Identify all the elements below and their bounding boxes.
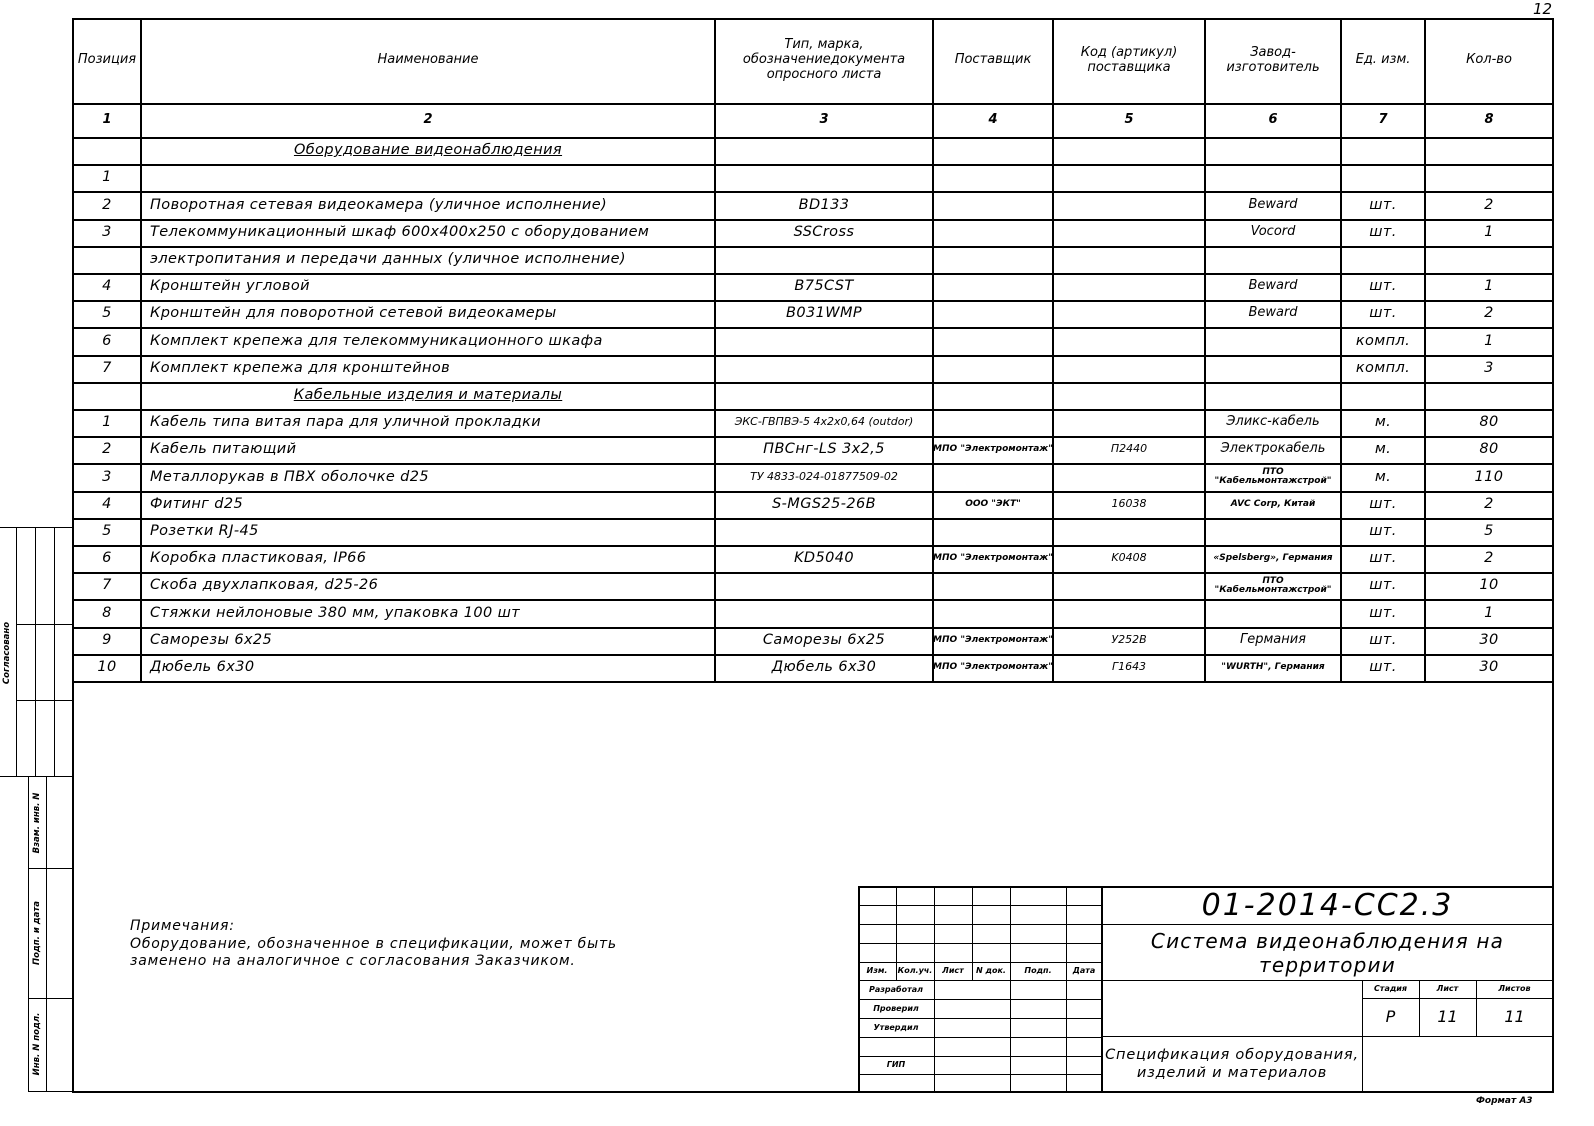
table-cell-pos: 3	[73, 463, 141, 490]
table-cell-code: П2440	[1053, 436, 1205, 463]
table-cell-maker: Vocord	[1205, 219, 1341, 246]
document-designation: 01-2014-СС2.3	[1102, 886, 1553, 924]
column-number: 2	[141, 103, 715, 137]
revision-header: Лист	[934, 962, 972, 980]
stamp-line	[28, 1091, 73, 1092]
column-number: 4	[933, 103, 1053, 137]
revision-header: Кол.уч.	[896, 962, 934, 980]
document-title: Система видеонаблюдения на территории	[1102, 925, 1553, 980]
table-cell-type: ЭКС-ГВПВЭ-5 4х2х0,64 (outdor)	[715, 409, 933, 436]
stamp-sign-date-label: Подп. и дата	[29, 888, 45, 978]
section-heading: Оборудование видеонаблюдения	[141, 137, 715, 164]
column-number: 1	[73, 103, 141, 137]
tb-line	[1066, 980, 1067, 1092]
table-cell-unit: шт.	[1341, 545, 1425, 572]
sheet-name: Спецификация оборудования, изделий и мат…	[1102, 1037, 1362, 1091]
table-cell-unit: шт.	[1341, 191, 1425, 218]
table-cell-name: Коробка пластиковая, IP66	[141, 545, 715, 572]
table-cell-qty: 2	[1425, 191, 1553, 218]
table-cell-name: электропитания и передачи данных (улично…	[141, 246, 715, 273]
section-heading: Кабельные изделия и материалы	[141, 382, 715, 409]
role-label: Утвердил	[858, 1018, 934, 1037]
table-cell-unit: м.	[1341, 409, 1425, 436]
table-cell-maker: Эликс-кабель	[1205, 409, 1341, 436]
table-cell-qty: 30	[1425, 654, 1553, 681]
revision-header: Изм.	[858, 962, 896, 980]
table-cell-unit: шт.	[1341, 273, 1425, 300]
notes: Примечания: Оборудование, обозначенное в…	[130, 918, 617, 971]
table-cell-name: Поворотная сетевая видеокамера (уличное …	[141, 191, 715, 218]
column-header: Кол-во	[1425, 18, 1553, 103]
stamp-line	[16, 527, 17, 777]
table-cell-name: Кабель питающий	[141, 436, 715, 463]
sheet-name-line-2: изделий и материалов	[1137, 1064, 1327, 1082]
table-cell-maker: AVC Corp, Китай	[1205, 491, 1341, 518]
table-cell-name: Телекоммуникационный шкаф 600х400х250 с …	[141, 219, 715, 246]
stamp-line	[0, 527, 73, 528]
notes-title: Примечания:	[130, 918, 617, 936]
stamp-agreed-label: Согласовано	[0, 603, 15, 703]
format-label: Формат А3	[1476, 1096, 1533, 1106]
table-cell-type: ТУ 4833-024-01877509-02	[715, 463, 933, 490]
table-cell-qty: 5	[1425, 518, 1553, 545]
table-cell-supplier: ООО "ЭКТ"	[933, 491, 1053, 518]
column-header: Ед. изм.	[1341, 18, 1425, 103]
row-divider	[73, 164, 1554, 166]
table-cell-qty: 1	[1425, 599, 1553, 626]
table-cell-pos: 5	[73, 300, 141, 327]
table-cell-code: Г1643	[1053, 654, 1205, 681]
column-number: 7	[1341, 103, 1425, 137]
table-cell-unit: компл.	[1341, 355, 1425, 382]
table-cell-type: Саморезы 6х25	[715, 627, 933, 654]
table-cell-pos: 6	[73, 545, 141, 572]
table-cell-qty: 1	[1425, 273, 1553, 300]
table-cell-qty: 30	[1425, 627, 1553, 654]
stamp-line	[0, 776, 73, 777]
table-cell-code: K0408	[1053, 545, 1205, 572]
table-cell-maker: «Spelsberg», Германия	[1205, 545, 1341, 572]
document-title-line-2: территории	[1259, 953, 1396, 977]
table-cell-qty: 3	[1425, 355, 1553, 382]
table-cell-pos: 10	[73, 654, 141, 681]
table-cell-name: Розетки RJ-45	[141, 518, 715, 545]
table-cell-pos: 2	[73, 191, 141, 218]
table-cell-maker: ПТО "Кабельмонтажстрой"	[1205, 463, 1341, 490]
table-cell-maker: Электрокабель	[1205, 436, 1341, 463]
table-cell-unit: м.	[1341, 436, 1425, 463]
table-cell-pos: 6	[73, 327, 141, 354]
sheet-value: 11	[1419, 998, 1476, 1036]
table-cell-supplier: МПО "Электромонтаж"	[933, 545, 1053, 572]
table-cell-qty: 1	[1425, 327, 1553, 354]
column-number: 3	[715, 103, 933, 137]
table-cell-maker: ПТО "Кабельмонтажстрой"	[1205, 572, 1341, 599]
table-cell-maker: Германия	[1205, 627, 1341, 654]
table-cell-name: Металлорукав в ПВХ оболочке d25	[141, 463, 715, 490]
table-cell-pos: 1	[73, 164, 141, 191]
table-cell-type: BD133	[715, 191, 933, 218]
table-cell-type: ПВСнг-LS 3х2,5	[715, 436, 933, 463]
stamp-inv-orig-label: Инв. N подл.	[29, 999, 45, 1089]
notes-line-2: заменено на аналогичное с согласования З…	[130, 953, 617, 971]
stamp-line	[16, 700, 73, 701]
column-header: Поставщик	[933, 18, 1053, 103]
revision-header: Подп.	[1010, 962, 1066, 980]
revision-header: N док.	[972, 962, 1010, 980]
table-cell-supplier: МПО "Электромонтаж"	[933, 627, 1053, 654]
frame-bottom	[73, 1091, 1554, 1093]
table-cell-qty: 2	[1425, 491, 1553, 518]
stamp-line	[54, 527, 55, 777]
table-cell-qty: 80	[1425, 436, 1553, 463]
table-cell-maker: Beward	[1205, 273, 1341, 300]
table-cell-type: S-MGS25-26B	[715, 491, 933, 518]
table-cell-maker: Beward	[1205, 191, 1341, 218]
table-cell-unit: шт.	[1341, 572, 1425, 599]
stage-value: Р	[1362, 998, 1419, 1036]
table-cell-unit: шт.	[1341, 219, 1425, 246]
table-cell-maker: Beward	[1205, 300, 1341, 327]
table-cell-type: B75CST	[715, 273, 933, 300]
table-cell-type: SSCross	[715, 219, 933, 246]
table-cell-pos: 8	[73, 599, 141, 626]
sheets-label: Листов	[1476, 980, 1553, 998]
table-cell-name: Стяжки нейлоновые 380 мм, упаковка 100 ш…	[141, 599, 715, 626]
stamp-line	[28, 868, 73, 869]
table-cell-unit: шт.	[1341, 300, 1425, 327]
table-cell-pos: 4	[73, 273, 141, 300]
column-header: Наименование	[141, 18, 715, 103]
role-label: Разработал	[858, 980, 934, 999]
table-cell-pos: 9	[73, 627, 141, 654]
sheet-name-line-1: Спецификация оборудования,	[1105, 1046, 1359, 1064]
table-cell-unit: шт.	[1341, 627, 1425, 654]
table-cell-pos: 7	[73, 572, 141, 599]
table-cell-unit: компл.	[1341, 327, 1425, 354]
table-cell-supplier: МПО "Электромонтаж"	[933, 654, 1053, 681]
table-cell-type: Дюбель 6х30	[715, 654, 933, 681]
table-cell-name: Кронштейн для поворотной сетевой видеока…	[141, 300, 715, 327]
table-cell-unit: шт.	[1341, 518, 1425, 545]
table-cell-supplier: МПО "Электромонтаж"	[933, 436, 1053, 463]
tb-line	[1010, 980, 1011, 1092]
row-divider	[73, 681, 1554, 683]
table-cell-name: Комплект крепежа для телекоммуникационно…	[141, 327, 715, 354]
table-cell-name: Дюбель 6х30	[141, 654, 715, 681]
table-cell-code: 16038	[1053, 491, 1205, 518]
table-cell-pos: 4	[73, 491, 141, 518]
stamp-line	[46, 777, 47, 1092]
role-label: ГИП	[858, 1056, 934, 1074]
table-cell-pos: 3	[73, 219, 141, 246]
table-cell-unit: шт.	[1341, 491, 1425, 518]
revision-header: Дата	[1066, 962, 1102, 980]
page-number: 12	[1533, 0, 1552, 18]
stamp-line	[35, 527, 36, 777]
column-header: Позиция	[73, 18, 141, 103]
column-number: 8	[1425, 103, 1553, 137]
document-title-line-1: Система видеонаблюдения на	[1151, 929, 1504, 953]
table-cell-type: B031WMP	[715, 300, 933, 327]
table-cell-name: Саморезы 6х25	[141, 627, 715, 654]
column-header: Завод- изготовитель	[1205, 18, 1341, 103]
table-cell-pos: 1	[73, 409, 141, 436]
notes-line-1: Оборудование, обозначенное в спецификаци…	[130, 936, 617, 954]
table-cell-name: Кабель типа витая пара для уличной прокл…	[141, 409, 715, 436]
tb-line	[934, 980, 935, 1092]
table-cell-qty: 1	[1425, 219, 1553, 246]
column-header: Тип, марка, обозначениедокумента опросно…	[715, 18, 933, 103]
table-cell-unit: шт.	[1341, 654, 1425, 681]
stamp-line	[16, 624, 73, 625]
table-cell-qty: 10	[1425, 572, 1553, 599]
column-header: Код (артикул) поставщика	[1053, 18, 1205, 103]
table-cell-qty: 80	[1425, 409, 1553, 436]
table-cell-pos: 7	[73, 355, 141, 382]
table-cell-unit: шт.	[1341, 599, 1425, 626]
table-cell-maker: "WURTH", Германия	[1205, 654, 1341, 681]
table-cell-name: Фитинг d25	[141, 491, 715, 518]
table-cell-qty: 2	[1425, 545, 1553, 572]
stage-label: Стадия	[1362, 980, 1419, 998]
sheets-value: 11	[1476, 998, 1553, 1036]
table-cell-qty: 2	[1425, 300, 1553, 327]
column-number: 6	[1205, 103, 1341, 137]
table-cell-qty: 110	[1425, 463, 1553, 490]
table-cell-type: KD5040	[715, 545, 933, 572]
stamp-inv-replace-label: Взам. инв. N	[29, 778, 45, 868]
table-cell-unit: м.	[1341, 463, 1425, 490]
table-cell-name: Комплект крепежа для кронштейнов	[141, 355, 715, 382]
table-cell-pos: 2	[73, 436, 141, 463]
role-label: Проверил	[858, 999, 934, 1018]
table-cell-name: Скоба двухлапковая, d25-26	[141, 572, 715, 599]
sheet-label: Лист	[1419, 980, 1476, 998]
table-cell-pos: 5	[73, 518, 141, 545]
column-number: 5	[1053, 103, 1205, 137]
table-cell-code: У252В	[1053, 627, 1205, 654]
table-cell-name: Кронштейн угловой	[141, 273, 715, 300]
